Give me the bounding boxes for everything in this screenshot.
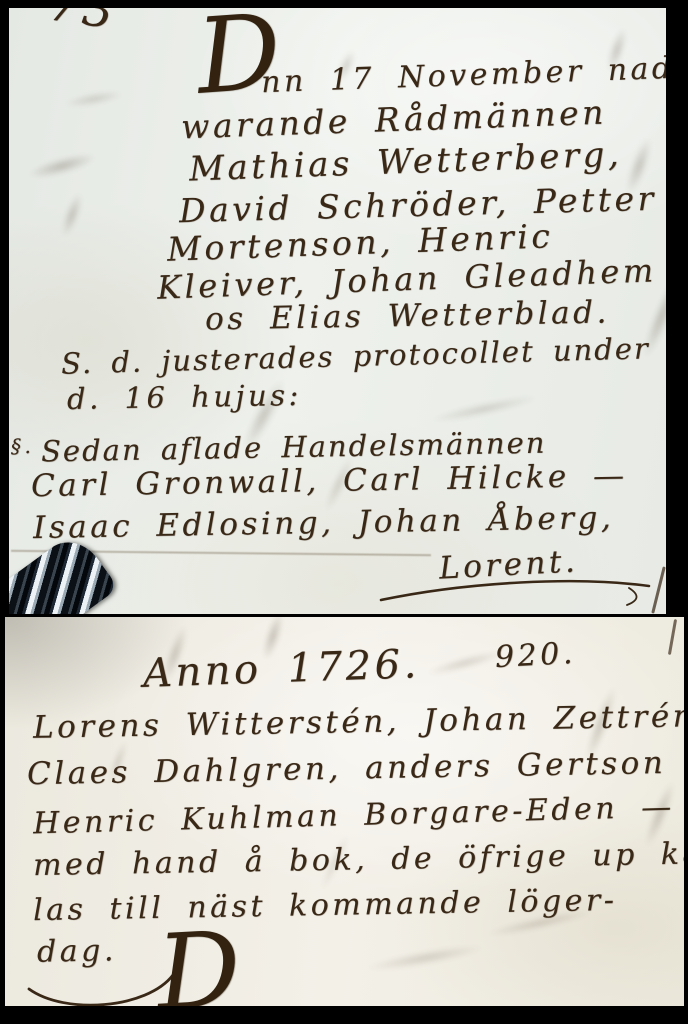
handwriting-line: dag. (37, 934, 117, 968)
cutoff-drop-cap: D (155, 927, 243, 1006)
ink-smudge (365, 941, 486, 976)
handwriting-line: Isaac Edlosing, Johan Åberg, (33, 501, 615, 545)
year-heading: Anno 1726. (142, 642, 420, 696)
ink-smudge (425, 647, 505, 679)
handwriting-line: Henric Kuhlman Borgare-Eden — (33, 791, 675, 841)
signature-underline-flourish (377, 574, 663, 608)
handwriting-line: os Elias Wetterblad. (205, 295, 610, 336)
ink-smudge (26, 149, 98, 183)
ink-smudge (429, 392, 539, 427)
scanned-document: 73 D nn 17 November nad — warande Rådmän… (0, 0, 688, 1024)
corner-folio-number: 73 (46, 8, 121, 39)
bottom-page-photo: 920. Anno 1726. Lorens Witterstén, Johan… (5, 617, 684, 1006)
handwriting-line: med hand å bok, de öfrige up kal- (33, 837, 684, 882)
ink-stroke (668, 619, 677, 655)
ink-smudge (58, 191, 87, 239)
handwriting-line: Lorens Witterstén, Johan Zettrén (33, 699, 684, 745)
ink-smudge (63, 88, 124, 110)
section-mark: §. (11, 435, 34, 457)
top-page-photo: 73 D nn 17 November nad — warande Rådmän… (9, 8, 666, 614)
page-number: 920. (494, 637, 576, 674)
handwriting-line: S. d. justerades protocollet under (61, 333, 650, 380)
